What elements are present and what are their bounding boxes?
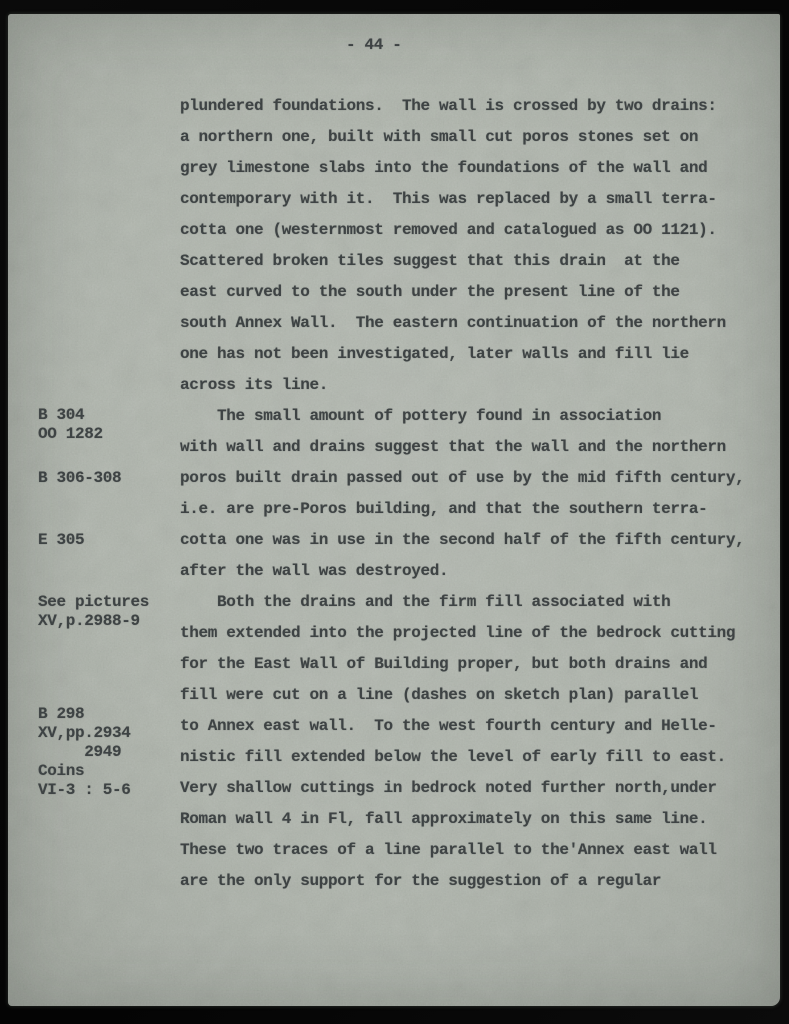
margin-note-catalog-coins-refs: B 298 XV,pp.2934 2949 Coins VI-3 : 5-6 bbox=[38, 705, 131, 800]
paragraph-drains: plundered foundations. The wall is cross… bbox=[180, 91, 744, 401]
margin-note-catalog-refs: E 305 bbox=[38, 531, 84, 550]
margin-note-catalog-refs: B 304 OO 1282 bbox=[38, 406, 103, 444]
body-text-column: plundered foundations. The wall is cross… bbox=[180, 91, 744, 897]
margin-note-picture-ref: See pictures XV,p.2988-9 bbox=[38, 593, 149, 631]
page-number: - 44 - bbox=[346, 30, 402, 61]
paragraph-pottery-dating: The small amount of pottery found in ass… bbox=[180, 401, 744, 587]
paragraph-bedrock-cutting: Both the drains and the firm fill associ… bbox=[180, 587, 744, 897]
scan-background: - 44 - B 304 OO 1282 B 306-308 E 305 See… bbox=[0, 0, 789, 1024]
document-page: - 44 - B 304 OO 1282 B 306-308 E 305 See… bbox=[8, 14, 780, 1006]
margin-note-catalog-refs: B 306-308 bbox=[38, 469, 121, 488]
margin-notes-column: B 304 OO 1282 B 306-308 E 305 See pictur… bbox=[38, 14, 178, 1006]
